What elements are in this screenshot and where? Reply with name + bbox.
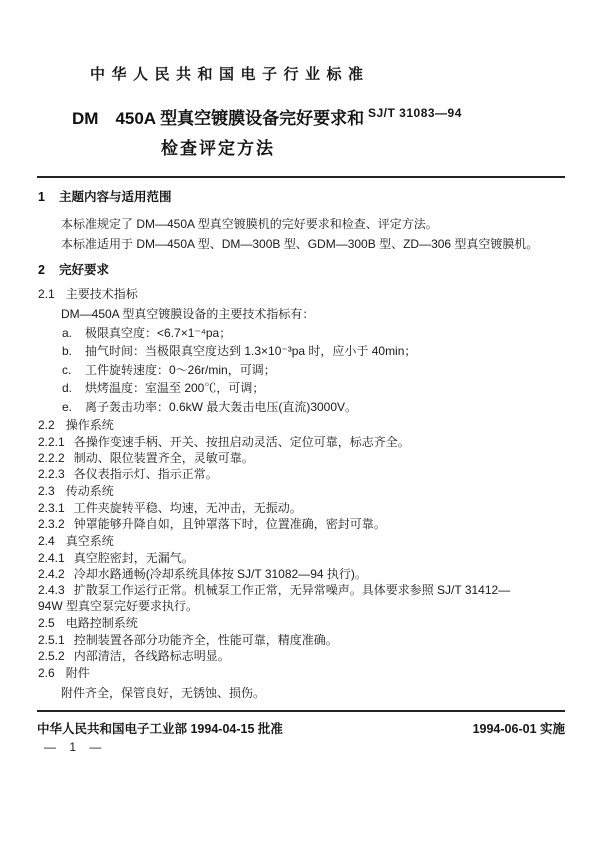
clause-text: 内部清洁，各线路标志明显。 — [74, 648, 230, 664]
spec-item-label: b. — [62, 343, 85, 360]
clause-2-3-2: 2.3.2钟罩能够升降自如，且钟罩落下时，位置准确，密封可靠。 — [38, 516, 568, 532]
clause-number: 2.4.3 — [38, 582, 65, 598]
clause-number: 2.2.1 — [38, 434, 65, 450]
document-title-line1: DM 450A 型真空镀膜设备完好要求和 — [72, 108, 364, 130]
section-2-title: 完好要求 — [59, 263, 109, 277]
clause-number: 2.4.1 — [38, 550, 65, 566]
subsection-2-4-title: 真空系统 — [66, 534, 114, 548]
document-title-line2: 检查评定方法 — [72, 139, 364, 159]
subsection-2-6-paragraph: 附件齐全，保管良好，无锈蚀、损伤。 — [61, 685, 568, 702]
subsection-2-5-heading: 2.5电路控制系统 — [38, 615, 568, 632]
clause-number: 2.3.1 — [38, 500, 65, 516]
spec-item-label: d. — [62, 380, 85, 397]
spec-item-text: 离子轰击功率：0.6kW 最大轰击电压(直流)3000V。 — [85, 399, 357, 416]
subsection-2-2-heading: 2.2操作系统 — [38, 417, 568, 434]
document-page: 中华人民共和国电子行业标准 DM 450A 型真空镀膜设备完好要求和 检查评定方… — [0, 0, 600, 849]
clause-2-5-1: 2.5.1控制装置各部分功能齐全，性能可靠，精度准确。 — [38, 632, 568, 648]
clause-number: 2.4.2 — [38, 566, 65, 582]
section-1-paragraph: 本标准规定了 DM—450A 型真空镀膜机的完好要求和检查、评定方法。 — [61, 216, 568, 233]
clause-2-2-3: 2.2.3各仪表指示灯、指示正常。 — [38, 466, 568, 482]
section-2-heading: 2完好要求 — [38, 262, 568, 279]
approval-note: 中华人民共和国电子工业部 1994-04-15 批准 — [37, 719, 283, 737]
clause-text: 工件夹旋转平稳、均速，无冲击，无振动。 — [74, 500, 302, 516]
spec-item-a: a.极限真空度：<6.7×1⁻⁴pa； — [62, 325, 568, 342]
standard-number: SJ/T 31083—94 — [368, 106, 462, 120]
spec-item-text: 工件旋转速度：0～26r/min，可调； — [85, 362, 276, 379]
clause-text: 各仪表指示灯、指示正常。 — [74, 466, 218, 482]
document-body: 1主题内容与适用范围 本标准规定了 DM—450A 型真空镀膜机的完好要求和检查… — [38, 189, 568, 702]
spec-item-text: 烘烤温度：室温至 200℃，可调； — [85, 380, 264, 397]
subsection-2-6-heading: 2.6附件 — [38, 665, 568, 682]
clause-text: 真空腔密封，无漏气。 — [74, 550, 194, 566]
title-block: DM 450A 型真空镀膜设备完好要求和 检查评定方法 — [72, 108, 364, 159]
clause-2-3-1: 2.3.1工件夹旋转平稳、均速，无冲击，无振动。 — [38, 500, 568, 516]
implementation-note: 1994-06-01 实施 — [473, 719, 565, 737]
clause-2-2-2: 2.2.2制动、限位装置齐全，灵敏可靠。 — [38, 450, 568, 466]
footer: 中华人民共和国电子工业部 1994-04-15 批准 1994-06-01 实施 — [37, 719, 565, 737]
clause-text: 制动、限位装置齐全，灵敏可靠。 — [74, 450, 254, 466]
subsection-2-1-heading: 2.1主要技术指标 — [38, 286, 568, 303]
clause-2-2-1: 2.2.1各操作变速手柄、开关、按扭启动灵活、定位可靠，标志齐全。 — [38, 434, 568, 450]
spec-item-c: c.工件旋转速度：0～26r/min，可调； — [62, 362, 568, 379]
clause-number: 2.5.2 — [38, 648, 65, 664]
subsection-2-4-number: 2.4 — [38, 533, 55, 550]
clause-text: 控制装置各部分功能齐全，性能可靠，精度准确。 — [74, 632, 338, 648]
subsection-2-4-heading: 2.4真空系统 — [38, 533, 568, 550]
clause-text: 扩散泵工作运行正常。机械泵工作正常，无异常噪声。具体要求参照 SJ/T 3141… — [74, 582, 511, 598]
clause-2-4-2: 2.4.2冷却水路通畅(冷却系统具体按 SJ/T 31082—94 执行)。 — [38, 566, 568, 582]
subsection-2-1-title: 主要技术指标 — [66, 287, 138, 301]
clause-2-4-1: 2.4.1真空腔密封，无漏气。 — [38, 550, 568, 566]
subsection-2-6-title: 附件 — [66, 666, 90, 680]
clause-2-4-3-continuation: 94W 型真空泵完好要求执行。 — [38, 598, 568, 614]
subsection-2-3-heading: 2.3传动系统 — [38, 483, 568, 500]
spec-item-label: a. — [62, 325, 85, 342]
header-divider — [37, 176, 565, 178]
clause-2-5-2: 2.5.2内部清洁，各线路标志明显。 — [38, 648, 568, 664]
clause-text: 冷却水路通畅(冷却系统具体按 SJ/T 31082—94 执行)。 — [74, 566, 367, 582]
clause-number: 2.3.2 — [38, 516, 65, 532]
subsection-2-3-title: 传动系统 — [66, 484, 114, 498]
clause-number: 2.2.2 — [38, 450, 65, 466]
spec-item-label: c. — [62, 362, 85, 379]
footer-divider — [37, 710, 565, 712]
clause-number: 2.5.1 — [38, 632, 65, 648]
page-number: — 1 — — [44, 740, 106, 754]
spec-item-label: e. — [62, 399, 85, 416]
section-1-heading: 1主题内容与适用范围 — [38, 189, 568, 206]
section-1-paragraph: 本标准适用于 DM—450A 型、DM—300B 型、GDM—300B 型、ZD… — [61, 236, 568, 253]
spec-item-text: 抽气时间：当极限真空度达到 1.3×10⁻³pa 时，应小于 40min； — [85, 343, 416, 360]
spec-item-b: b.抽气时间：当极限真空度达到 1.3×10⁻³pa 时，应小于 40min； — [62, 343, 568, 360]
clause-2-4-3: 2.4.3扩散泵工作运行正常。机械泵工作正常，无异常噪声。具体要求参照 SJ/T… — [38, 582, 568, 598]
clause-text: 各操作变速手柄、开关、按扭启动灵活、定位可靠，标志齐全。 — [74, 434, 410, 450]
clause-text: 钟罩能够升降自如，且钟罩落下时，位置准确，密封可靠。 — [74, 516, 386, 532]
subsection-2-1-number: 2.1 — [38, 286, 55, 303]
subsection-2-5-title: 电路控制系统 — [66, 616, 138, 630]
section-1-number: 1 — [38, 189, 45, 206]
subsection-2-1-intro: DM—450A 型真空镀膜设备的主要技术指标有： — [61, 306, 568, 323]
subsection-2-2-number: 2.2 — [38, 417, 55, 434]
clause-number: 2.2.3 — [38, 466, 65, 482]
subsection-2-2-title: 操作系统 — [66, 418, 114, 432]
subsection-2-6-number: 2.6 — [38, 665, 55, 682]
standard-org-title: 中华人民共和国电子行业标准 — [90, 63, 370, 84]
spec-item-d: d.烘烤温度：室温至 200℃，可调； — [62, 380, 568, 397]
spec-item-e: e.离子轰击功率：0.6kW 最大轰击电压(直流)3000V。 — [62, 399, 568, 416]
subsection-2-3-number: 2.3 — [38, 483, 55, 500]
section-2-number: 2 — [38, 262, 45, 279]
spec-item-text: 极限真空度：<6.7×1⁻⁴pa； — [85, 325, 231, 342]
subsection-2-5-number: 2.5 — [38, 615, 55, 632]
section-1-title: 主题内容与适用范围 — [59, 190, 172, 204]
